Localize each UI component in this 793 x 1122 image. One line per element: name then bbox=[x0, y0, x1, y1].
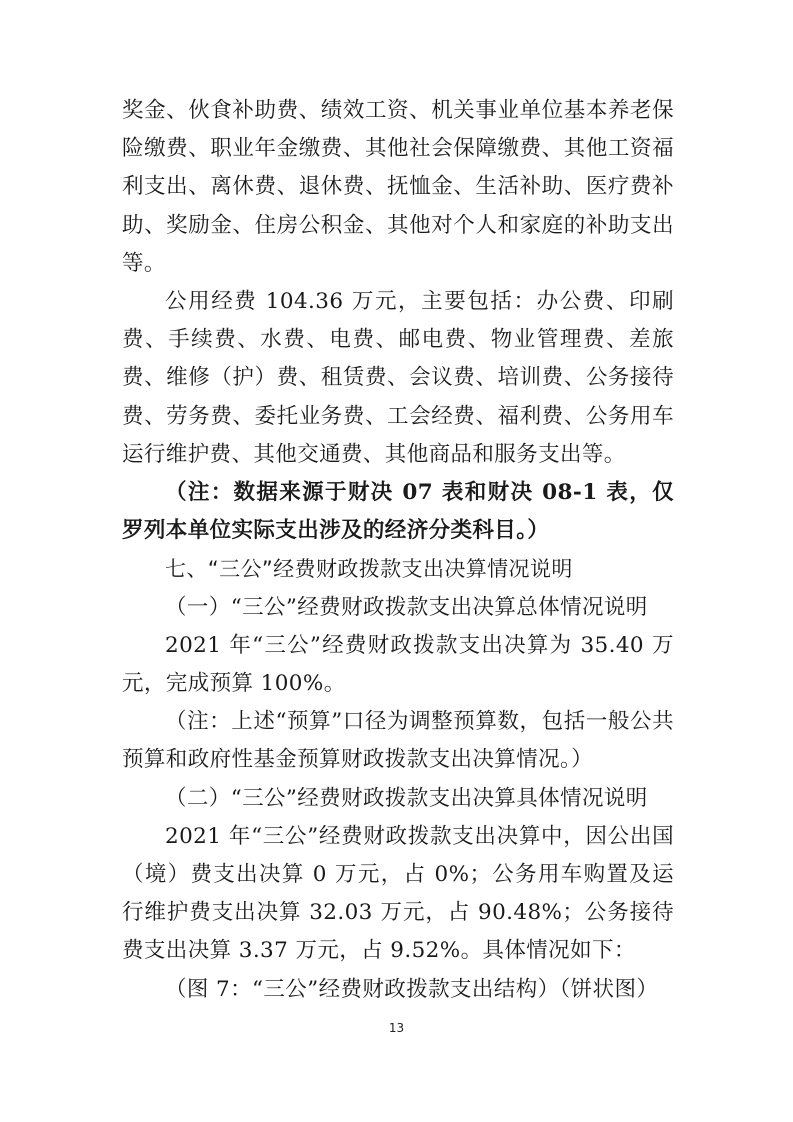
note-budget-scope: （注：上述“预算”口径为调整预算数，包括一般公共预算和政府性基金预算财政拨款支出… bbox=[122, 703, 674, 779]
paragraph-three-public-detail: 2021 年“三公”经费财政拨款支出决算中，因公出国（境）费支出决算 0 万元，… bbox=[122, 818, 674, 971]
page-number: 13 bbox=[0, 1021, 793, 1035]
paragraph-public-expenses: 公用经费 104.36 万元，主要包括：办公费、印刷费、手续费、水费、电费、邮电… bbox=[122, 283, 674, 474]
document-body: 奖金、伙食补助费、绩效工资、机关事业单位基本养老保险缴费、职业年金缴费、其他社会… bbox=[122, 92, 674, 1009]
subsection-heading-overall: （一）“三公”经费财政拨款支出决算总体情况说明 bbox=[122, 589, 674, 627]
subsection-heading-detail: （二）“三公”经费财政拨款支出决算具体情况说明 bbox=[122, 780, 674, 818]
paragraph-personnel-items: 奖金、伙食补助费、绩效工资、机关事业单位基本养老保险缴费、职业年金缴费、其他社会… bbox=[122, 92, 674, 283]
paragraph-three-public-total: 2021 年“三公”经费财政拨款支出决算为 35.40 万元，完成预算 100%… bbox=[122, 627, 674, 703]
figure-caption: （图 7：“三公”经费财政拨款支出结构）（饼状图） bbox=[122, 971, 674, 1009]
section-heading-seven: 七、“三公”经费财政拨款支出决算情况说明 bbox=[122, 550, 674, 588]
note-data-source: （注：数据来源于财决 07 表和财决 08-1 表，仅罗列本单位实际支出涉及的经… bbox=[122, 474, 674, 550]
